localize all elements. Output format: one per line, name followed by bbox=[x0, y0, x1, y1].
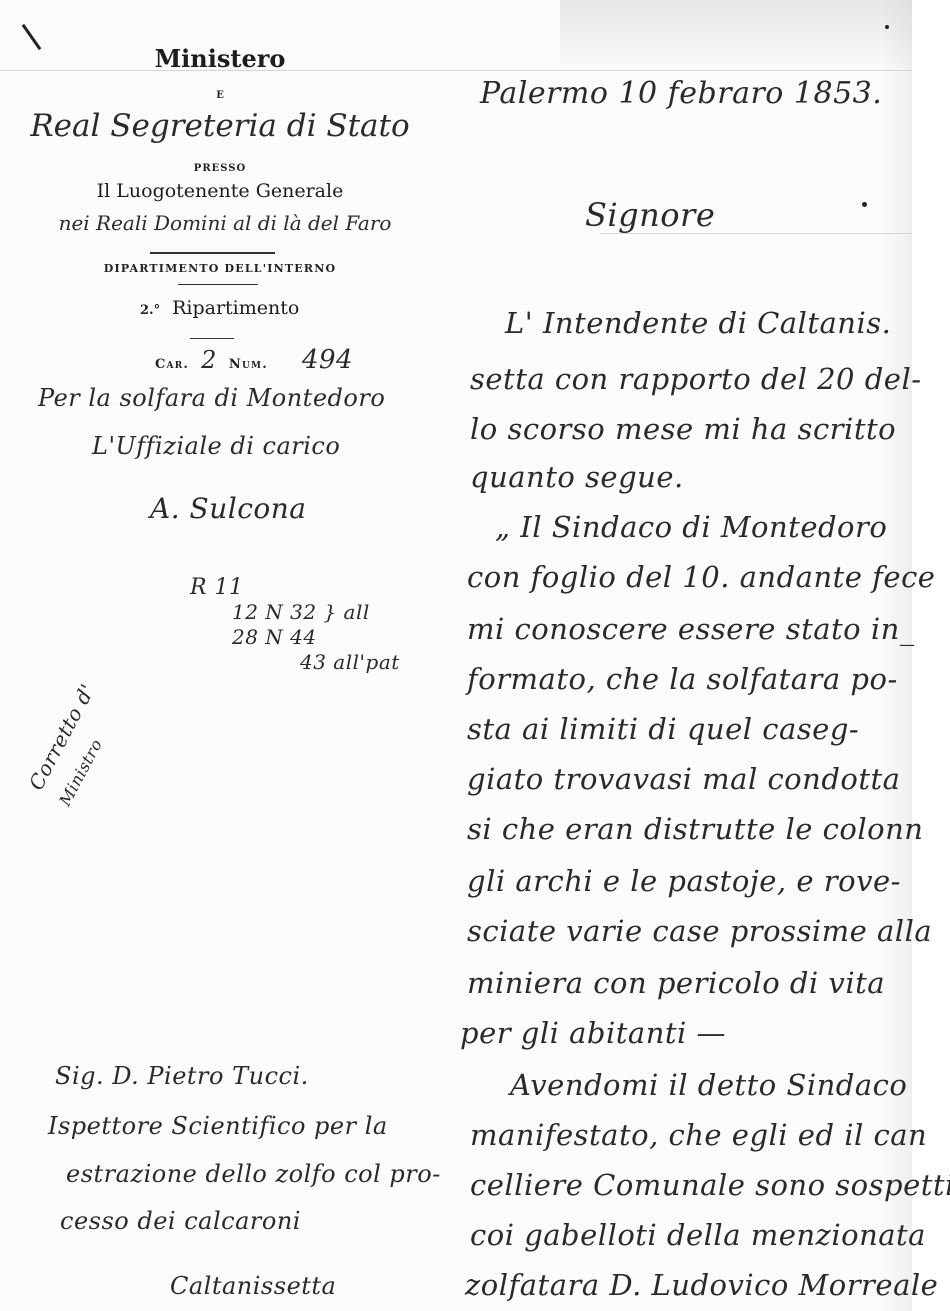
letter-line: si che eran distrutte le colonn bbox=[467, 812, 923, 846]
letter-line: Avendomi il detto Sindaco bbox=[510, 1068, 907, 1102]
protocol-number: Car. 2 Num. 494 bbox=[155, 345, 353, 375]
letter-line: „ Il Sindaco di Montedoro bbox=[495, 510, 887, 544]
letter-line: mi conoscere essere stato in_ bbox=[467, 612, 915, 646]
letterhead-segreteria: Real Segreteria di Stato bbox=[25, 108, 415, 144]
recipient-name: Sig. D. Pietro Tucci. bbox=[55, 1062, 309, 1090]
letter-line: manifestato, che egli ed il can bbox=[470, 1118, 927, 1152]
car-value: 2 bbox=[201, 346, 217, 374]
letter-line: sciate varie case prossime alla bbox=[467, 914, 932, 948]
recipient-place: Caltanissetta bbox=[170, 1272, 336, 1300]
letter-line: zolfatara D. Ludovico Morreale bbox=[465, 1268, 938, 1302]
recipient-title: Ispettore Scientifico per la bbox=[48, 1112, 388, 1140]
letterhead-presso: PRESSO bbox=[100, 163, 340, 174]
dateline: Palermo 10 febraro 1853. bbox=[480, 76, 882, 111]
section-label: Ripartimento bbox=[172, 297, 299, 319]
section-heading: 2.° Ripartimento bbox=[140, 297, 299, 319]
letter-line: miniera con pericolo di vita bbox=[467, 966, 885, 1000]
pen-mark bbox=[22, 24, 42, 50]
letter-line: coi gabelloti della menzionata bbox=[470, 1218, 926, 1252]
scan-shadow-top bbox=[560, 0, 912, 70]
reference-note-3: 28 N 44 bbox=[232, 625, 317, 649]
officer-line: L'Uffiziale di carico bbox=[92, 432, 340, 460]
ink-speck bbox=[885, 25, 889, 29]
letter-line: quanto segue. bbox=[470, 460, 684, 494]
ink-speck bbox=[862, 202, 867, 207]
num-label: Num. bbox=[229, 357, 268, 372]
letterhead-rule bbox=[150, 252, 275, 254]
reference-note-2: 12 N 32 } all bbox=[232, 600, 370, 624]
scan-shadow-edge bbox=[880, 0, 912, 1311]
ornament-rule bbox=[190, 338, 234, 339]
num-value: 494 bbox=[302, 345, 353, 375]
scanned-letter-page: Ministero E Real Segreteria di Stato PRE… bbox=[0, 0, 912, 1311]
salutation: Signore bbox=[585, 196, 715, 234]
letter-line: celliere Comunale sono sospetti bbox=[470, 1168, 950, 1202]
letterhead-domini: nei Reali Domini al di là del Faro bbox=[45, 211, 405, 235]
letterhead-e: E bbox=[100, 90, 340, 101]
reference-note-1: R 11 bbox=[190, 575, 244, 600]
subject-line: Per la solfara di Montedoro bbox=[38, 384, 385, 412]
officer-signature: A. Sulcona bbox=[150, 492, 306, 525]
letter-line: lo scorso mese mi ha scritto bbox=[470, 412, 896, 446]
letter-line: per gli abitanti — bbox=[460, 1016, 726, 1050]
department-label: DIPARTIMENTO DELL'INTERNO bbox=[100, 262, 340, 275]
letter-line: setta con rapporto del 20 del- bbox=[470, 362, 922, 396]
recipient-title-end: cesso dei calcaroni bbox=[60, 1207, 301, 1235]
reference-note-4: 43 all'pat bbox=[300, 650, 400, 674]
letter-line: gli archi e le pastoje, e rove- bbox=[467, 864, 901, 898]
section-number: 2.° bbox=[140, 303, 160, 318]
car-label: Car. bbox=[155, 357, 189, 372]
letterhead-ministero: Ministero bbox=[100, 44, 340, 73]
letter-line: sta ai limiti di quel caseg- bbox=[467, 712, 859, 746]
recipient-title-cont: estrazione dello zolfo col pro- bbox=[66, 1160, 441, 1188]
letterhead-rule bbox=[178, 284, 258, 285]
letterhead-luogotenente: Il Luogotenente Generale bbox=[70, 180, 370, 202]
letter-line: formato, che la solfatara po- bbox=[467, 662, 898, 696]
letter-line: con foglio del 10. andante fece bbox=[467, 560, 935, 594]
letter-line: L' Intendente di Caltanis. bbox=[505, 306, 891, 340]
letter-line: giato trovavasi mal condotta bbox=[467, 762, 900, 796]
